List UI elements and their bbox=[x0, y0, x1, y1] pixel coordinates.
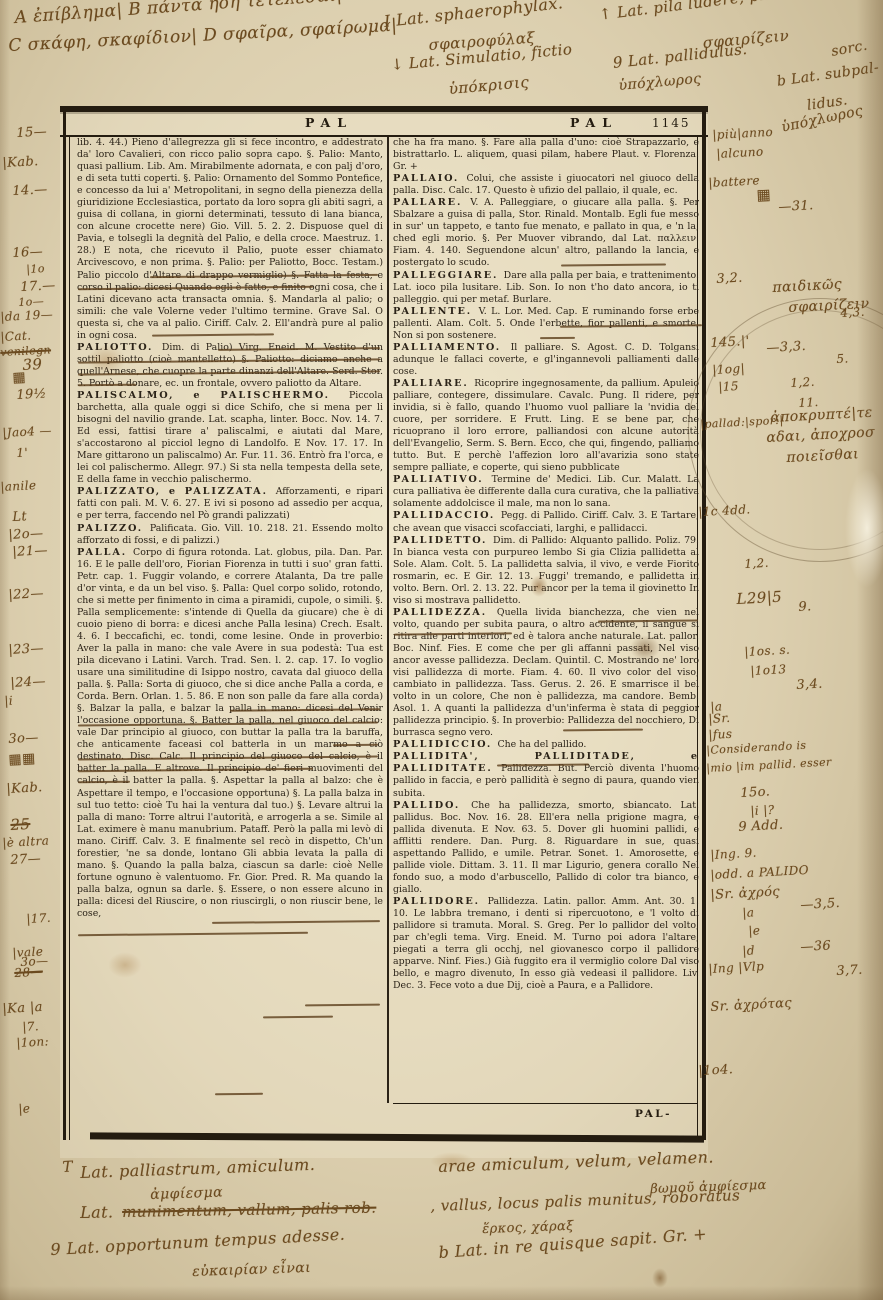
handwritten-note: ὑπόχλωρος bbox=[618, 71, 702, 94]
entry-headword: PALIZZO. bbox=[77, 523, 150, 534]
dictionary-entry: PALLIDACCIO. Pegg. di Pallido. Ciriff. C… bbox=[393, 510, 699, 534]
dictionary-entry: PALLENTE. V. L. Lor. Med. Cap. E ruminan… bbox=[393, 306, 699, 342]
handwritten-note: ↓ Lat. Simulatio, fictio bbox=[390, 40, 573, 74]
handwritten-note: |e bbox=[748, 923, 761, 938]
handwritten-note: |battere bbox=[708, 173, 760, 190]
top-border-rule bbox=[60, 106, 708, 112]
handwritten-note: 27— bbox=[10, 851, 41, 868]
handwritten-note: 28— bbox=[14, 965, 43, 980]
handwritten-note: |7. bbox=[22, 1019, 39, 1034]
entry-headword: PALIZZATO, e PALIZZATA. bbox=[77, 486, 276, 497]
handwritten-note: 3,4. bbox=[796, 677, 823, 693]
handwritten-note: |Kab. bbox=[6, 780, 43, 797]
handwritten-note: |Sr. bbox=[708, 711, 731, 726]
handwritten-note: Lat. bbox=[80, 1202, 114, 1222]
handwritten-note: b Lat. in re quisque sapit. Gr. + bbox=[438, 1224, 708, 1262]
handwritten-note: |d bbox=[742, 943, 755, 958]
handwritten-note: |a bbox=[710, 699, 723, 714]
text-column-right: che ha fra mano. §. Fare alla palla d'un… bbox=[393, 137, 699, 1103]
handwritten-note: |2o— bbox=[8, 526, 44, 543]
entry-headword: PALLIDACCIO. bbox=[393, 510, 501, 521]
handwritten-note: —31. bbox=[778, 198, 814, 215]
dictionary-entry: PALLARE. V. A. Palleggiare, o giucare al… bbox=[393, 197, 699, 269]
handwritten-note: 15— bbox=[16, 124, 47, 141]
entry-headword: PALLIDETTO. bbox=[393, 535, 493, 546]
handwritten-note: σφαιροφύλαξ bbox=[428, 29, 536, 54]
handwritten-note: T bbox=[62, 1157, 73, 1176]
ink-stain bbox=[108, 952, 142, 978]
handwritten-note: παιδικῶς bbox=[772, 276, 842, 296]
handwritten-note: Lat. palliastrum, amiculum. bbox=[80, 1155, 315, 1182]
handwritten-note: 9. bbox=[798, 599, 812, 615]
handwritten-note: 3o— bbox=[20, 954, 49, 969]
ink-stain bbox=[430, 1152, 474, 1170]
entry-headword: PALLIARE. bbox=[393, 378, 474, 389]
entry-headword: PALLIDO. bbox=[393, 800, 471, 811]
ink-stain bbox=[86, 345, 126, 375]
handwritten-note: |e bbox=[18, 1101, 31, 1116]
entry-headword: PALLIDEZZA. bbox=[393, 607, 497, 618]
handwritten-note: |Sr. ἀχρός bbox=[710, 884, 780, 903]
dictionary-entry: PALLAIO. Colui, che assiste i giuocatori… bbox=[393, 173, 699, 197]
entry-headword: PALLARE. bbox=[393, 197, 470, 208]
handwritten-note: ▦ bbox=[12, 369, 26, 386]
handwritten-note: |17. bbox=[26, 911, 51, 926]
paper-edge-bottom bbox=[0, 1286, 883, 1300]
handwritten-note: —36 bbox=[800, 938, 831, 955]
handwritten-note: Lt bbox=[12, 509, 27, 525]
paper-edge-right bbox=[857, 0, 883, 1300]
handwritten-note: |Ing. 9. bbox=[710, 846, 757, 862]
handwritten-note: ὑπόχλωρος bbox=[780, 103, 865, 136]
handwritten-note: Sr. ἀχρότας bbox=[710, 996, 792, 1015]
handwritten-note: ἕρκος, χάραξ bbox=[482, 1219, 574, 1237]
handwritten-note: 15o. bbox=[740, 784, 771, 801]
dictionary-entry: PALLIARE. Ricoprire ingegnosamente, da p… bbox=[393, 378, 699, 474]
handwritten-note: |1os. s. bbox=[744, 643, 791, 659]
handwritten-note: 1o— bbox=[18, 295, 44, 309]
entry-headword: PALLIDORE. bbox=[393, 896, 488, 907]
dictionary-entry: PALIZZATO, e PALIZZATA. Afforzamenti, e … bbox=[77, 486, 383, 522]
left-border-rule bbox=[63, 106, 66, 1140]
column-divider-rule bbox=[387, 137, 389, 1103]
handwritten-note: |1on: bbox=[16, 1034, 49, 1050]
handwritten-note: |Ing |Vlp bbox=[708, 959, 764, 976]
handwritten-note: |1o13 bbox=[750, 662, 787, 678]
dictionary-entry: PALLIDICCIO. Che ha del pallido. bbox=[393, 739, 699, 751]
entry-headword: PALLAIO. bbox=[393, 173, 466, 184]
bottom-border-rule bbox=[90, 1132, 704, 1142]
entry-headword: PALLIATIVO. bbox=[393, 474, 492, 485]
running-head-right: PAL bbox=[570, 115, 618, 130]
entry-headword: PALLIDITA', PALLIDITADE, e PALLIDITATE. bbox=[393, 751, 699, 774]
handwritten-note: |a bbox=[742, 905, 755, 920]
handwritten-note: ἀμφίεσμα bbox=[150, 1184, 223, 1203]
handwritten-note: |1o bbox=[26, 262, 45, 276]
ink-stain bbox=[530, 575, 548, 597]
entry-headword: PALLENTE. bbox=[393, 306, 479, 317]
dictionary-entry: che ha fra mano. §. Fare alla palla d'un… bbox=[393, 137, 699, 173]
handwritten-note: |fus bbox=[708, 727, 733, 742]
handwritten-note: |mio |im pallid. esser bbox=[706, 755, 832, 775]
handwritten-note: 1' bbox=[16, 445, 28, 460]
entry-headword: PALISCALMO, e PALISCHERMO. bbox=[77, 390, 349, 401]
running-head-left: PAL bbox=[305, 115, 353, 130]
handwritten-note: 14.— bbox=[12, 182, 48, 199]
handwritten-note: C σκάφη, σκαφίδιον| D σφαῖρα, σφαίρωμα| bbox=[8, 16, 398, 56]
dictionary-entry: PALLA. Corpo di figura rotonda. Lat. glo… bbox=[77, 547, 383, 920]
dictionary-entry: PALLEGGIARE. Dare alla palla per baia, e… bbox=[393, 270, 699, 306]
handwritten-note: σφαιρίζειν bbox=[702, 26, 790, 51]
page-number: 1145 bbox=[652, 116, 691, 130]
handwritten-note: lidus. bbox=[806, 92, 849, 114]
right-border-rule bbox=[702, 106, 706, 1140]
ink-stain bbox=[630, 635, 660, 661]
handwritten-note: |alcuno bbox=[716, 145, 764, 161]
handwritten-note: 3o— bbox=[8, 730, 39, 747]
handwritten-note: 1,2. bbox=[744, 556, 769, 571]
handwritten-note: |odd. a PALIDO bbox=[710, 863, 809, 882]
handwritten-note: 9 Lat. pallidulus. bbox=[612, 40, 748, 72]
entry-headword: PALLA. bbox=[77, 547, 133, 558]
handwritten-note: ὑπόκρισις bbox=[448, 73, 530, 98]
handwritten-note: 3,2. bbox=[716, 271, 743, 287]
dictionary-page: PAL PAL 1145 lib. 4. 44.) Pieno d'allegr… bbox=[60, 106, 708, 1158]
catchword-rule bbox=[393, 1103, 698, 1104]
paper-edge-left bbox=[0, 0, 10, 1300]
left-border-rule-inner bbox=[69, 135, 70, 1140]
handwritten-note: 9 Add. bbox=[738, 818, 784, 835]
handwritten-note: |24— bbox=[10, 674, 46, 691]
entry-headword: PALLIAMENTO. bbox=[393, 342, 511, 353]
dictionary-entry: PALLIDEZZA. Quella livida bianchezza, ch… bbox=[393, 607, 699, 740]
dictionary-entry: PALLIDO. Che ha pallidezza, smorto, sbia… bbox=[393, 800, 699, 896]
catchword: PAL- bbox=[635, 1108, 672, 1120]
handwritten-note: εὐκαιρίαν εἶναι bbox=[192, 1260, 311, 1280]
handwritten-note: 25 bbox=[10, 815, 31, 834]
ink-stain bbox=[652, 1268, 668, 1288]
paper-tear-notch bbox=[845, 468, 883, 588]
dictionary-entry: PALISCALMO, e PALISCHERMO. Piccola barch… bbox=[77, 390, 383, 486]
dictionary-entry: PALLIDORE. Pallidezza. Latin. pallor. Am… bbox=[393, 896, 699, 992]
handwritten-note: |22— bbox=[8, 586, 44, 603]
handwritten-note: 39 bbox=[22, 355, 43, 374]
handwritten-note: |vale bbox=[12, 944, 44, 960]
handwritten-note: |23— bbox=[8, 641, 44, 658]
dictionary-entry: PALIZZO. Palificata. Gio. Vill. 10. 218.… bbox=[77, 523, 383, 547]
handwritten-note: βωμοῦ ἀμφίεσμα bbox=[650, 1178, 767, 1197]
dictionary-entry: PALLIDETTO. Dim. di Pallido: Alquanto pa… bbox=[393, 535, 699, 607]
handwritten-note: I Lat. sphaerophylax. bbox=[383, 0, 564, 31]
handwritten-note: 19½ bbox=[16, 386, 47, 403]
handwritten-note: |più|anno bbox=[712, 125, 773, 142]
handwritten-note: munimentum, vallum, palis rob. bbox=[122, 1199, 376, 1221]
handwritten-note: , vallus, locus palis munitus, roboratus bbox=[430, 1186, 740, 1215]
handwritten-note: |Considerando is bbox=[706, 739, 807, 757]
dictionary-entry: PALLIAMENTO. Il palliare. S. Agost. C. D… bbox=[393, 342, 699, 378]
handwritten-note: ↑ Lat. pila ludere, pilam ner- bbox=[598, 0, 832, 24]
handwritten-note: ▦ bbox=[756, 185, 772, 204]
handwritten-note: 9 Lat. opportunum tempus adesse. bbox=[50, 1225, 346, 1259]
handwritten-note: A ἐπίβλημα| Β πάντα ἤδη τετέλεσαι| bbox=[14, 0, 343, 28]
dictionary-entry: PALLIDITA', PALLIDITADE, e PALLIDITATE. … bbox=[393, 751, 699, 799]
handwritten-note: 17.— bbox=[20, 278, 56, 295]
dictionary-entry: PALLIATIVO. Termine de' Medici. Lib. Cur… bbox=[393, 474, 699, 510]
handwritten-note: |21— bbox=[12, 543, 48, 560]
handwritten-note: L29|5 bbox=[736, 588, 783, 608]
entry-headword: PALLIDICCIO. bbox=[393, 739, 497, 750]
entry-headword: PALLEGGIARE. bbox=[393, 270, 504, 281]
dictionary-entry: lib. 4. 44.) Pieno d'allegrezza gli si f… bbox=[77, 137, 383, 342]
handwritten-note: —3,5. bbox=[800, 896, 841, 913]
scanned-page: PAL PAL 1145 lib. 4. 44.) Pieno d'allegr… bbox=[0, 0, 883, 1300]
handwritten-note: ▦▦ bbox=[8, 751, 36, 768]
handwritten-note: 16— bbox=[12, 244, 43, 261]
handwritten-note: |i |? bbox=[750, 803, 775, 818]
